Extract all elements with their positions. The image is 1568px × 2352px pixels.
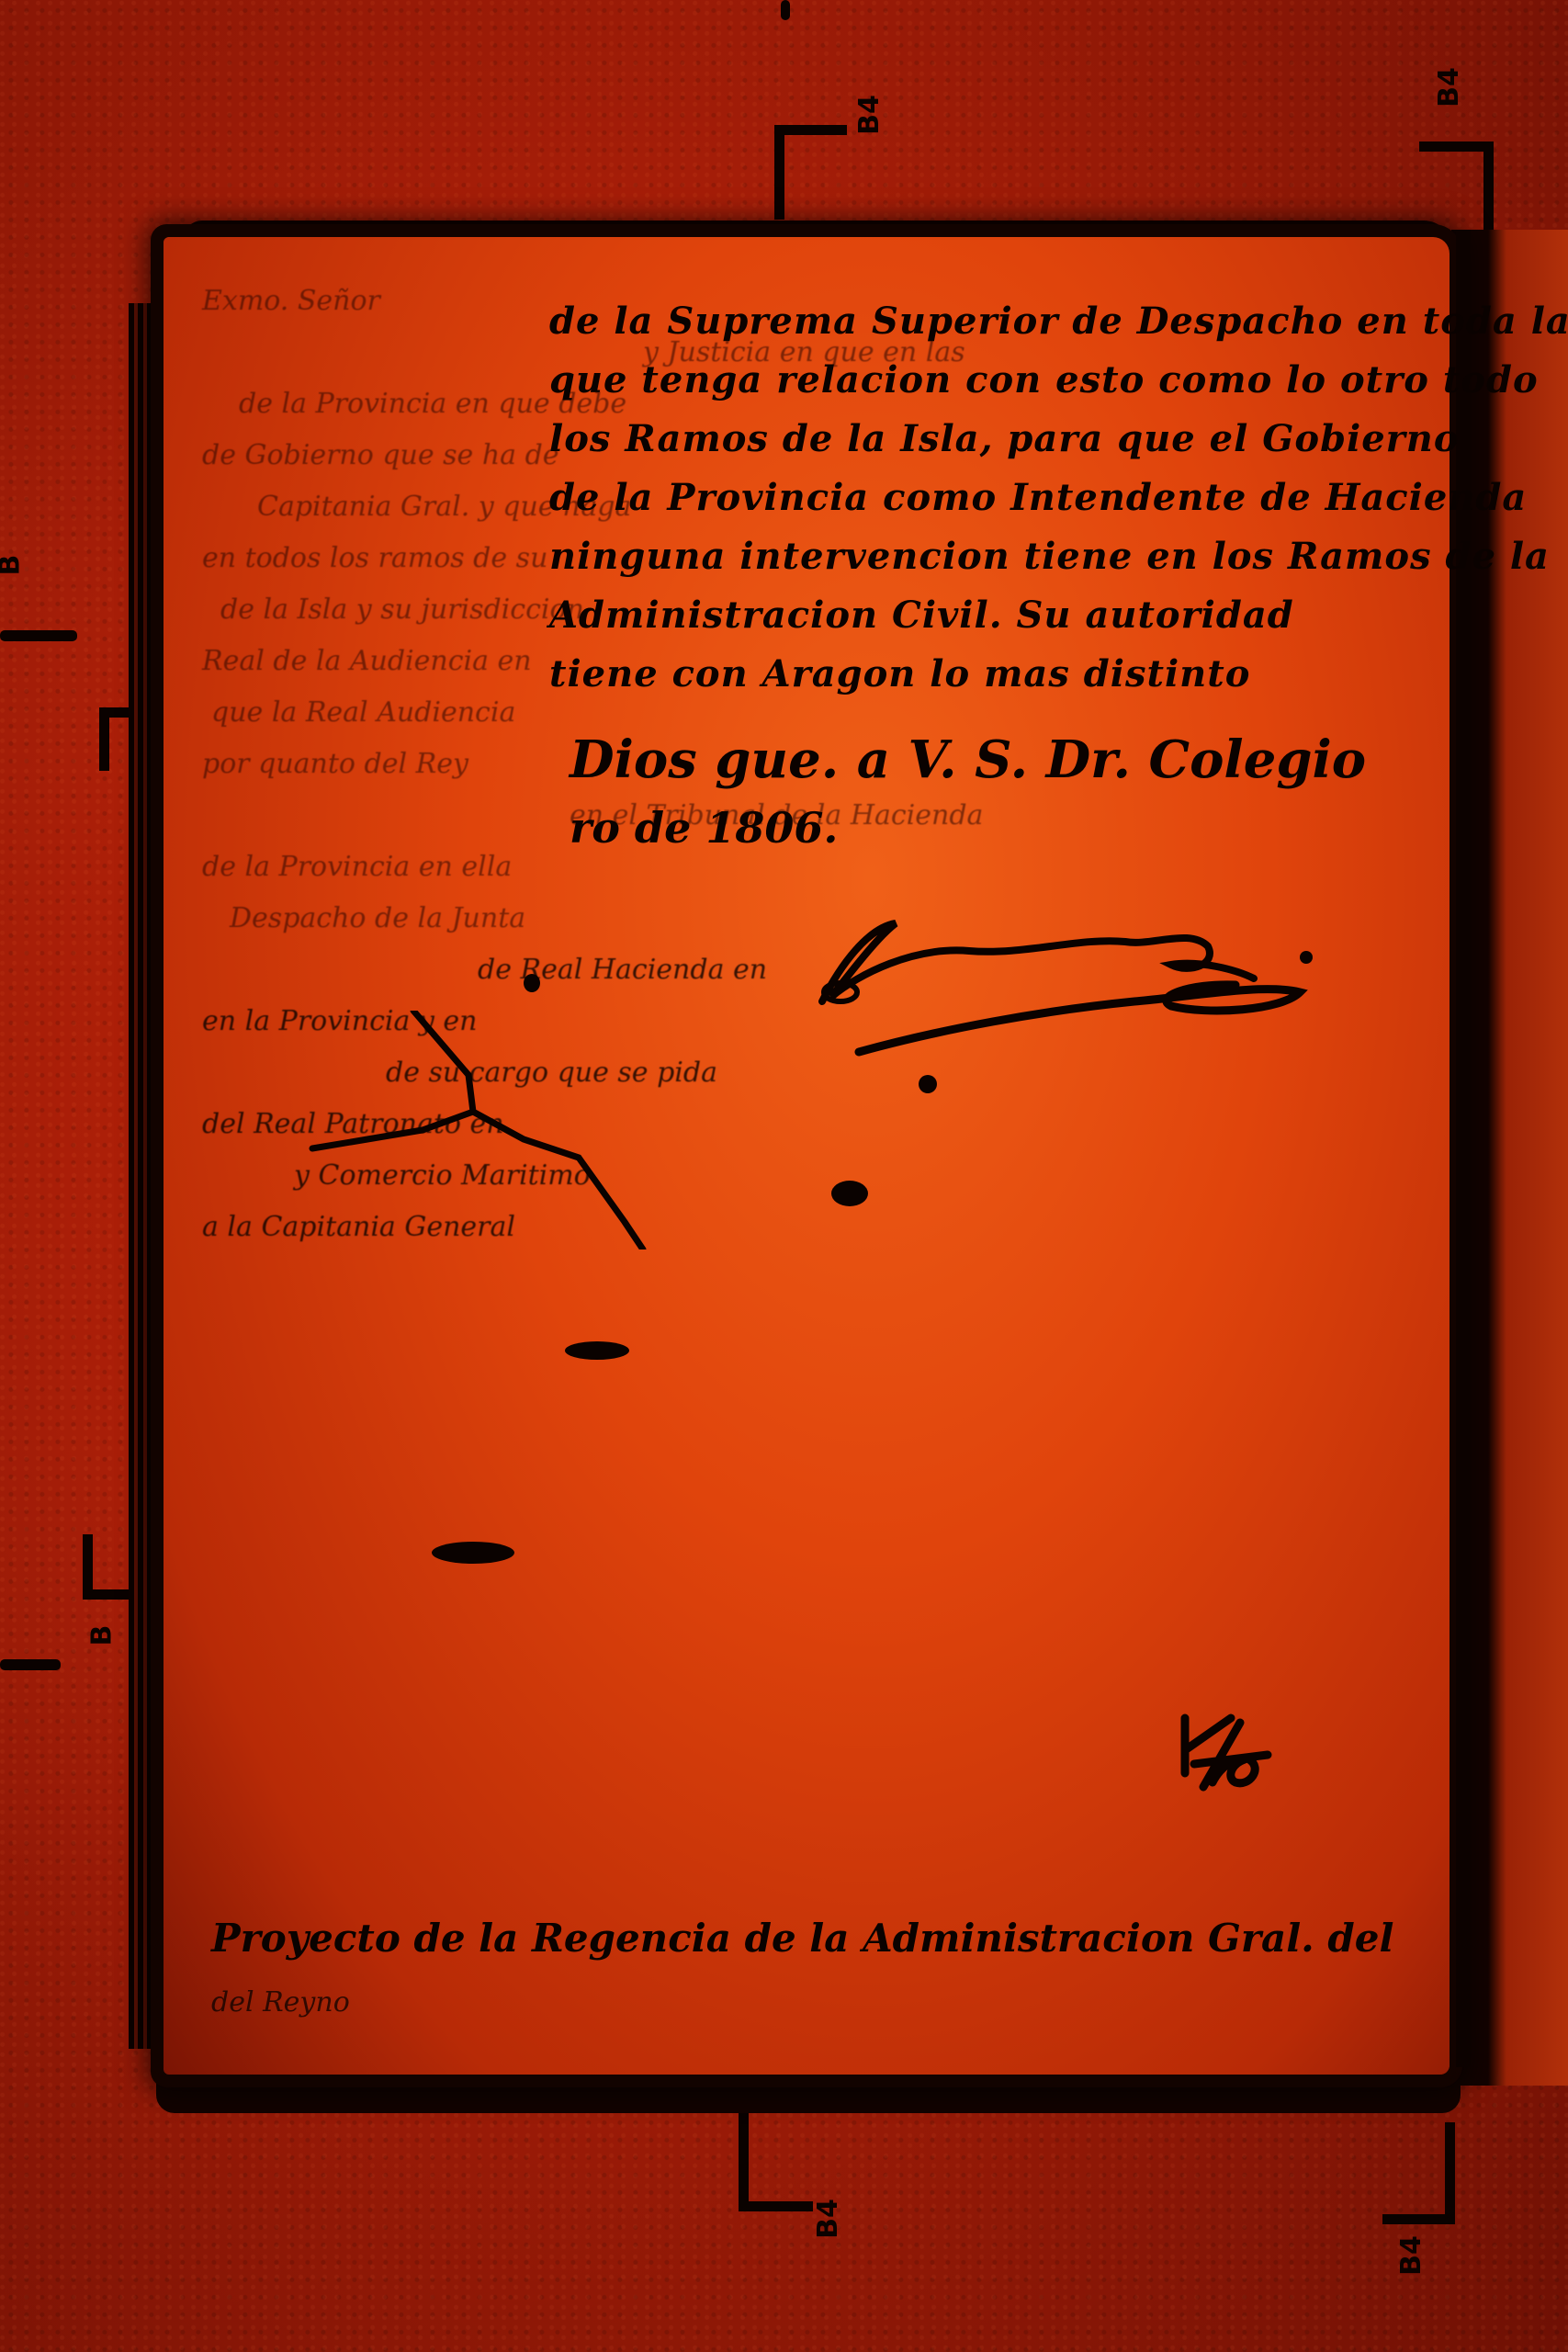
ink-blot	[565, 1341, 629, 1360]
signature-flourish-icon	[804, 910, 1318, 1057]
registration-label-left-lower: B	[88, 1625, 116, 1646]
closing-formula: Dios gue. a V. S. Dr. Colegio ro de 1806…	[570, 726, 1396, 862]
ink-blot	[1300, 951, 1313, 964]
paper-crack-icon	[276, 1011, 661, 1249]
text-line: los Ramos de la Isla, para que el Gobier…	[549, 410, 1404, 469]
text-line: Administracion Civil. Su autoridad	[549, 586, 1404, 645]
crop-mark-bottom-right	[1382, 2122, 1455, 2224]
text-line: que tenga relacion con esto como lo otro…	[549, 351, 1404, 410]
ink-blot	[919, 1075, 937, 1093]
closing-salutation: Dios gue. a V. S. Dr. Colegio	[570, 726, 1396, 794]
registration-label-left-upper: B	[0, 555, 24, 576]
text-line: de la Provincia como Intendente de Hacie…	[549, 469, 1404, 527]
crop-tick-left-lower	[0, 1659, 61, 1670]
registration-label-bottom-right: B4	[1398, 2235, 1426, 2276]
closing-date: ro de 1806.	[570, 794, 1396, 862]
text-line: tiene con Aragon lo mas distinto	[549, 645, 1404, 704]
main-text-block: de la Suprema Superior de Despacho en to…	[549, 292, 1404, 704]
crop-mark-left-lower	[83, 1534, 130, 1600]
registration-label-top-right: B4	[1436, 67, 1463, 107]
page-stack-edge	[129, 303, 165, 2049]
registration-label-top-left: B4	[856, 95, 884, 135]
ink-blot	[432, 1542, 514, 1564]
crop-mark-top-left	[774, 125, 847, 220]
crop-mark-bottom-left	[739, 2113, 813, 2211]
ink-blot	[524, 974, 540, 992]
crop-tick-top	[781, 0, 790, 20]
footer-text-line: Proyecto de la Regencia de la Administra…	[211, 1911, 1396, 1966]
ink-blot	[831, 1181, 868, 1206]
crop-tick-left-upper	[0, 630, 77, 641]
registration-label-bottom-left: B4	[815, 2199, 842, 2239]
footer-text-line-2: del Reyno	[211, 1975, 1396, 2030]
rubric-mark-icon	[1176, 1709, 1277, 1792]
text-line: ninguna intervencion tiene en los Ramos …	[549, 527, 1404, 586]
text-line: de la Suprema Superior de Despacho en to…	[549, 292, 1404, 351]
